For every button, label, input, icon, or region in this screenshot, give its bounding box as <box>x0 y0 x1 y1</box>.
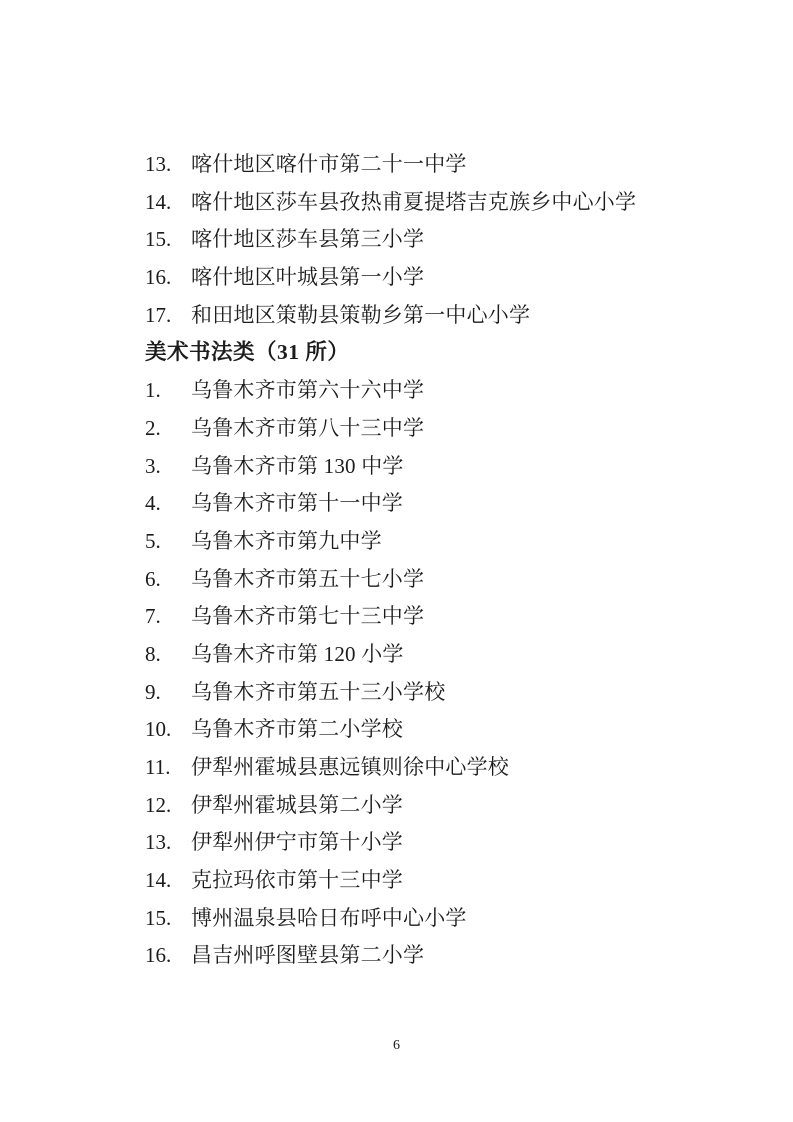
list-item-number: 12. <box>145 787 191 825</box>
list-item-number: 9. <box>145 674 191 712</box>
list-item: 5.乌鲁木齐市第九中学 <box>145 523 705 561</box>
school-name: 乌鲁木齐市第 130 中学 <box>191 454 404 478</box>
list-item-number: 15. <box>145 900 191 938</box>
list-item: 16.喀什地区叶城县第一小学 <box>145 259 705 297</box>
list-item: 9.乌鲁木齐市第五十三小学校 <box>145 674 705 712</box>
school-name: 乌鲁木齐市第 120 小学 <box>191 642 404 666</box>
school-name: 喀什地区叶城县第一小学 <box>191 265 424 289</box>
list-item: 14.克拉玛依市第十三中学 <box>145 862 705 900</box>
document-page: 13.喀什地区喀什市第二十一中学 14.喀什地区莎车县孜热甫夏提塔吉克族乡中心小… <box>0 0 793 1122</box>
section-heading: 美术书法类（31 所） <box>145 334 705 372</box>
school-name: 乌鲁木齐市第六十六中学 <box>191 378 424 402</box>
list-item: 16.昌吉州呼图壁县第二小学 <box>145 937 705 975</box>
school-name: 乌鲁木齐市第八十三中学 <box>191 416 424 440</box>
list-item-number: 6. <box>145 561 191 599</box>
school-name: 喀什地区莎车县第三小学 <box>191 227 424 251</box>
list-item-number: 16. <box>145 259 191 297</box>
list-item-number: 5. <box>145 523 191 561</box>
school-name: 和田地区策勒县策勒乡第一中心小学 <box>191 303 530 327</box>
list-item: 6.乌鲁木齐市第五十七小学 <box>145 561 705 599</box>
school-name: 克拉玛依市第十三中学 <box>191 868 403 892</box>
list-item-number: 16. <box>145 937 191 975</box>
school-name: 喀什地区喀什市第二十一中学 <box>191 152 467 176</box>
school-name: 乌鲁木齐市第二小学校 <box>191 717 403 741</box>
list-item: 7.乌鲁木齐市第七十三中学 <box>145 598 705 636</box>
list-item-number: 15. <box>145 221 191 259</box>
list-item: 17.和田地区策勒县策勒乡第一中心小学 <box>145 297 705 335</box>
list-item-number: 8. <box>145 636 191 674</box>
list-item-number: 14. <box>145 184 191 222</box>
page-content: 13.喀什地区喀什市第二十一中学 14.喀什地区莎车县孜热甫夏提塔吉克族乡中心小… <box>145 146 705 975</box>
school-name: 乌鲁木齐市第五十七小学 <box>191 567 424 591</box>
school-name: 乌鲁木齐市第十一中学 <box>191 491 403 515</box>
list-item: 12.伊犁州霍城县第二小学 <box>145 787 705 825</box>
page-number: 6 <box>0 1038 793 1054</box>
school-name: 伊犁州霍城县惠远镇则徐中心学校 <box>191 755 509 779</box>
list-item-number: 4. <box>145 485 191 523</box>
school-name: 伊犁州伊宁市第十小学 <box>191 830 403 854</box>
list-item: 11.伊犁州霍城县惠远镇则徐中心学校 <box>145 749 705 787</box>
list-item: 4.乌鲁木齐市第十一中学 <box>145 485 705 523</box>
list-item-number: 17. <box>145 297 191 335</box>
school-name: 乌鲁木齐市第七十三中学 <box>191 604 424 628</box>
list-item-number: 7. <box>145 598 191 636</box>
list-item-number: 3. <box>145 448 191 486</box>
list-item: 1.乌鲁木齐市第六十六中学 <box>145 372 705 410</box>
list-item: 3.乌鲁木齐市第 130 中学 <box>145 448 705 486</box>
list-item: 13.喀什地区喀什市第二十一中学 <box>145 146 705 184</box>
list-item-number: 13. <box>145 824 191 862</box>
list-item: 13.伊犁州伊宁市第十小学 <box>145 824 705 862</box>
school-name: 喀什地区莎车县孜热甫夏提塔吉克族乡中心小学 <box>191 190 636 214</box>
list-item: 15.喀什地区莎车县第三小学 <box>145 221 705 259</box>
list-item-number: 1. <box>145 372 191 410</box>
school-name: 博州温泉县哈日布呼中心小学 <box>191 906 467 930</box>
list-item: 2.乌鲁木齐市第八十三中学 <box>145 410 705 448</box>
list-item-number: 13. <box>145 146 191 184</box>
list-item-number: 14. <box>145 862 191 900</box>
school-name: 乌鲁木齐市第九中学 <box>191 529 382 553</box>
list-item: 8.乌鲁木齐市第 120 小学 <box>145 636 705 674</box>
list-item: 14.喀什地区莎车县孜热甫夏提塔吉克族乡中心小学 <box>145 184 705 222</box>
list-item: 15.博州温泉县哈日布呼中心小学 <box>145 900 705 938</box>
list-item-number: 10. <box>145 711 191 749</box>
school-name: 伊犁州霍城县第二小学 <box>191 793 403 817</box>
list-item-number: 11. <box>145 749 191 787</box>
list-item: 10.乌鲁木齐市第二小学校 <box>145 711 705 749</box>
school-name: 昌吉州呼图壁县第二小学 <box>191 943 424 967</box>
list-item-number: 2. <box>145 410 191 448</box>
school-name: 乌鲁木齐市第五十三小学校 <box>191 680 445 704</box>
